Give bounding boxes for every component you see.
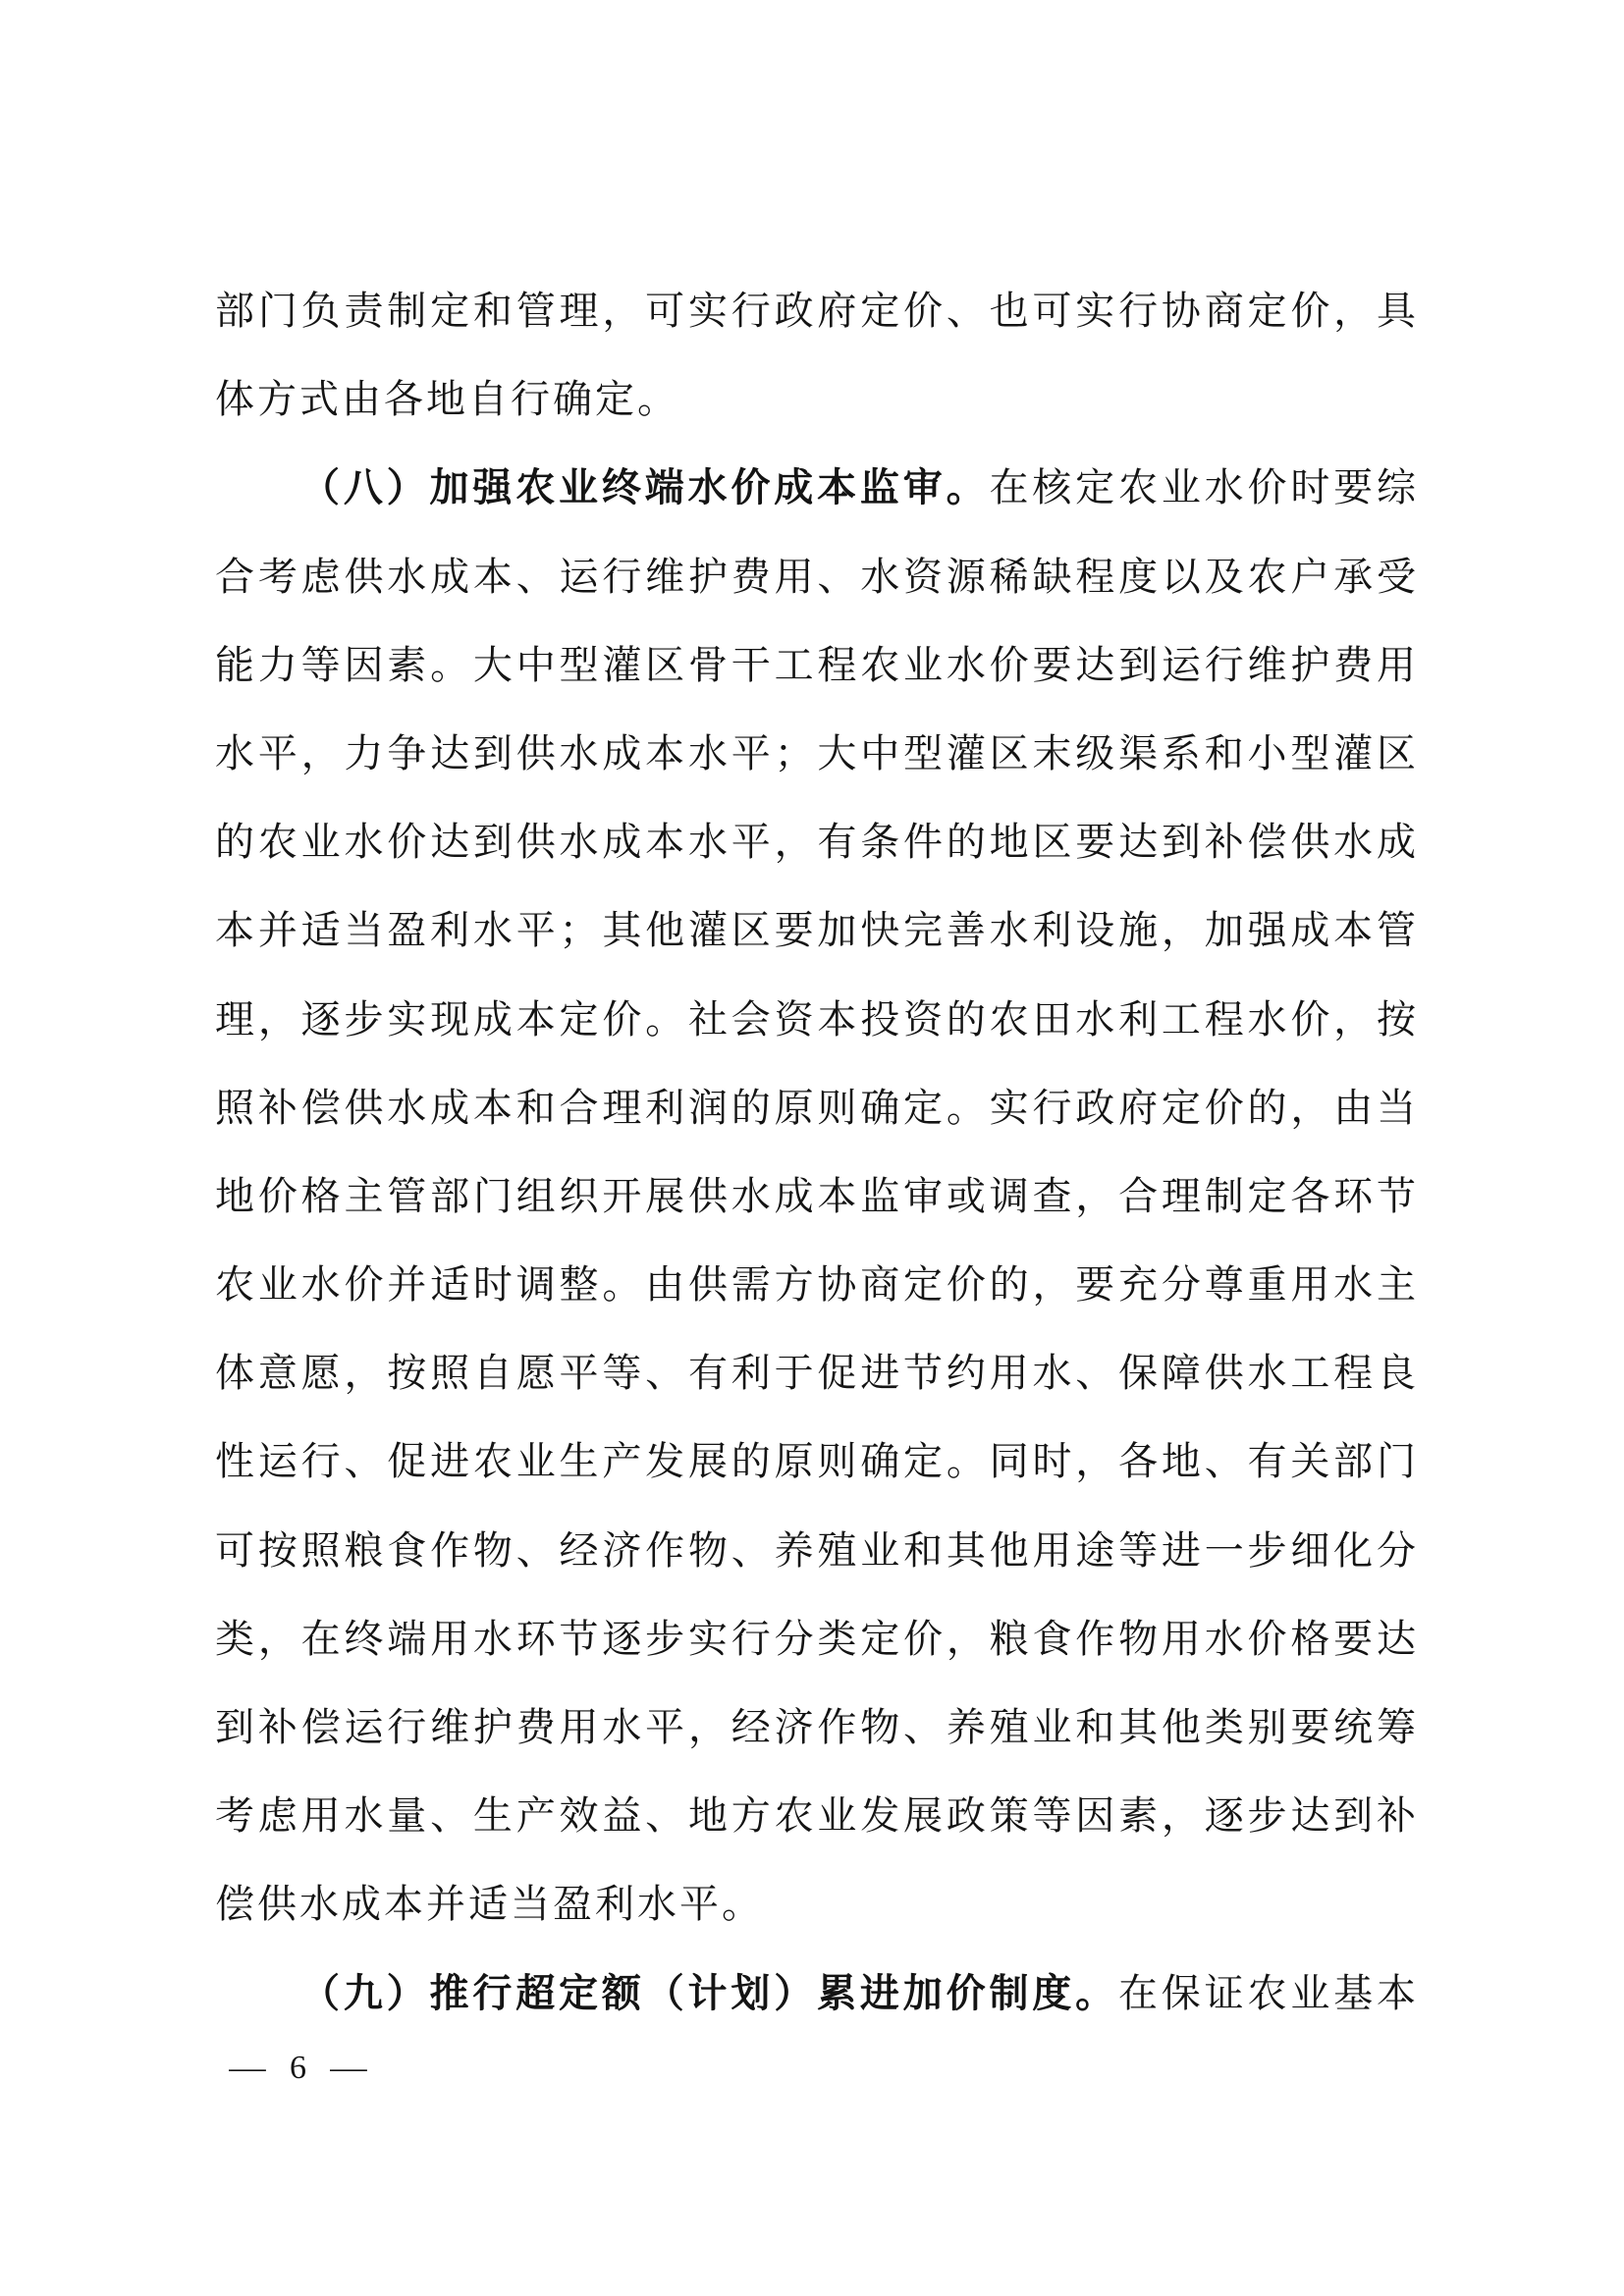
text-segment: 合考虑供水成本、运行维护费用、水资源稀缺程度以及农户承受 bbox=[215, 555, 1419, 599]
text-segment: 照补偿供水成本和合理利润的原则确定。实行政府定价的，由当 bbox=[215, 1086, 1419, 1130]
text-segment: 类，在终端用水环节逐步实行分类定价，粮食作物用水价格要达 bbox=[215, 1617, 1419, 1661]
text-line-18: 考虑用水量、生产效益、地方农业发展政策等因素，逐步达到补 bbox=[215, 1772, 1419, 1860]
document-page: 部门负责制定和管理，可实行政府定价、也可实行协商定价，具体方式由各地自行确定。（… bbox=[0, 0, 1624, 2296]
text-line-19: 偿供水成本并适当盈利水平。 bbox=[215, 1860, 1419, 1949]
text-line-2: 体方式由各地自行确定。 bbox=[215, 355, 1419, 444]
page-footer: — 6 — bbox=[231, 2050, 365, 2087]
text-line-14: 性运行、促进农业生产发展的原则确定。同时，各地、有关部门 bbox=[215, 1417, 1419, 1506]
text-segment: 理，逐步实现成本定价。社会资本投资的农田水利工程水价，按 bbox=[215, 997, 1419, 1041]
text-segment: 偿供水成本并适当盈利水平。 bbox=[215, 1882, 764, 1926]
text-segment: 体意愿，按照自愿平等、有利于促进节约用水、保障供水工程良 bbox=[215, 1351, 1419, 1395]
text-line-11: 地价格主管部门组织开展供水成本监审或调查，合理制定各环节 bbox=[215, 1152, 1419, 1241]
section-heading-segment: （八）加强农业终端水价成本监审。 bbox=[300, 465, 989, 509]
text-segment: 可按照粮食作物、经济作物、养殖业和其他用途等进一步细化分 bbox=[215, 1528, 1419, 1573]
text-segment: 能力等因素。大中型灌区骨干工程农业水价要达到运行维护费用 bbox=[215, 643, 1419, 687]
text-segment: 水平，力争达到供水成本水平；大中型灌区末级渠系和小型灌区 bbox=[215, 731, 1419, 775]
text-segment: 地价格主管部门组织开展供水成本监审或调查，合理制定各环节 bbox=[215, 1174, 1419, 1218]
text-line-20: （九）推行超定额（计划）累进加价制度。在保证农业基本 bbox=[215, 1949, 1419, 2038]
text-line-7: 的农业水价达到供水成本水平，有条件的地区要达到补偿供水成 bbox=[215, 798, 1419, 886]
text-segment: 的农业水价达到供水成本水平，有条件的地区要达到补偿供水成 bbox=[215, 820, 1419, 864]
text-segment: 本并适当盈利水平；其他灌区要加快完善水利设施，加强成本管 bbox=[215, 908, 1419, 952]
text-line-3: （八）加强农业终端水价成本监审。在核定农业水价时要综 bbox=[215, 444, 1419, 532]
document-body: 部门负责制定和管理，可实行政府定价、也可实行协商定价，具体方式由各地自行确定。（… bbox=[215, 267, 1419, 2038]
footer-right-dash: — bbox=[330, 2050, 366, 2087]
text-segment: 到补偿运行维护费用水平，经济作物、养殖业和其他类别要统筹 bbox=[215, 1705, 1419, 1749]
text-segment: 体方式由各地自行确定。 bbox=[215, 377, 679, 421]
text-line-13: 体意愿，按照自愿平等、有利于促进节约用水、保障供水工程良 bbox=[215, 1329, 1419, 1417]
text-line-9: 理，逐步实现成本定价。社会资本投资的农田水利工程水价，按 bbox=[215, 976, 1419, 1064]
text-segment: 部门负责制定和管理，可实行政府定价、也可实行协商定价，具 bbox=[215, 289, 1419, 333]
text-line-12: 农业水价并适时调整。由供需方协商定价的，要充分尊重用水主 bbox=[215, 1241, 1419, 1329]
text-line-8: 本并适当盈利水平；其他灌区要加快完善水利设施，加强成本管 bbox=[215, 886, 1419, 975]
text-line-16: 类，在终端用水环节逐步实行分类定价，粮食作物用水价格要达 bbox=[215, 1595, 1419, 1683]
text-line-5: 能力等因素。大中型灌区骨干工程农业水价要达到运行维护费用 bbox=[215, 621, 1419, 710]
text-segment: 农业水价并适时调整。由供需方协商定价的，要充分尊重用水主 bbox=[215, 1262, 1419, 1307]
page-number: 6 bbox=[290, 2050, 306, 2087]
text-line-4: 合考虑供水成本、运行维护费用、水资源稀缺程度以及农户承受 bbox=[215, 533, 1419, 621]
text-segment: 在保证农业基本 bbox=[1118, 1971, 1419, 2015]
text-segment: 考虑用水量、生产效益、地方农业发展政策等因素，逐步达到补 bbox=[215, 1793, 1419, 1838]
footer-left-dash: — bbox=[229, 2050, 265, 2087]
section-heading-segment: （九）推行超定额（计划）累进加价制度。 bbox=[300, 1971, 1118, 2015]
text-line-15: 可按照粮食作物、经济作物、养殖业和其他用途等进一步细化分 bbox=[215, 1507, 1419, 1595]
text-line-17: 到补偿运行维护费用水平，经济作物、养殖业和其他类别要统筹 bbox=[215, 1683, 1419, 1772]
text-line-1: 部门负责制定和管理，可实行政府定价、也可实行协商定价，具 bbox=[215, 267, 1419, 355]
text-line-6: 水平，力争达到供水成本水平；大中型灌区末级渠系和小型灌区 bbox=[215, 710, 1419, 798]
text-segment: 在核定农业水价时要综 bbox=[989, 465, 1419, 509]
text-segment: 性运行、促进农业生产发展的原则确定。同时，各地、有关部门 bbox=[215, 1439, 1419, 1483]
text-line-10: 照补偿供水成本和合理利润的原则确定。实行政府定价的，由当 bbox=[215, 1064, 1419, 1152]
